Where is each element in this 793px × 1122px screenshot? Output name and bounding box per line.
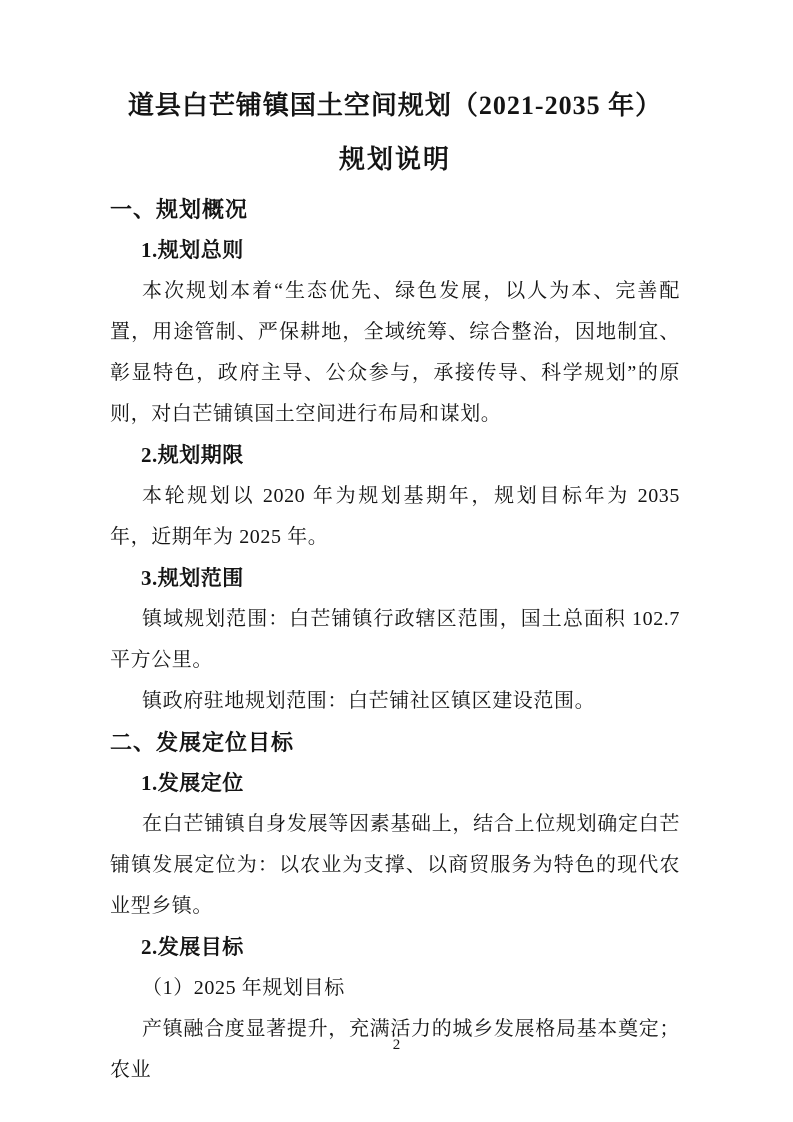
document-page: 道县白芒铺镇国土空间规划（2021-2035 年） 规划说明 一、规划概况 1.… [0,0,793,1122]
subsection-heading-development-targets: 2.发展目标 [110,927,680,968]
subsection-heading-planning-principles: 1.规划总则 [110,230,680,271]
document-body: 一、规划概况 1.规划总则 本次规划本着“生态优先、绿色发展，以人为本、完善配置… [110,189,680,1091]
paragraph-planning-principles: 本次规划本着“生态优先、绿色发展，以人为本、完善配置，用途管制、严保耕地，全域统… [110,271,680,435]
paragraph-government-seat-scope: 镇政府驻地规划范围：白芒铺社区镇区建设范围。 [110,681,680,722]
document-title: 道县白芒铺镇国土空间规划（2021-2035 年） [110,88,680,124]
paragraph-town-scope: 镇域规划范围：白芒铺镇行政辖区范围，国土总面积 102.7 平方公里。 [110,599,680,681]
paragraph-planning-period: 本轮规划以 2020 年为规划基期年，规划目标年为 2035 年，近期年为 20… [110,476,680,558]
document-subtitle: 规划说明 [110,142,680,178]
page-number: 2 [0,1036,793,1054]
subsection-heading-planning-scope: 3.规划范围 [110,558,680,599]
paragraph-development-positioning: 在白芒铺镇自身发展等因素基础上，结合上位规划确定白芒铺镇发展定位为：以农业为支撑… [110,804,680,927]
subsection-heading-planning-period: 2.规划期限 [110,435,680,476]
section-heading-development-goals: 二、发展定位目标 [110,722,680,763]
section-heading-overview: 一、规划概况 [110,189,680,230]
paragraph-2025-target-label: （1）2025 年规划目标 [110,968,680,1009]
subsection-heading-development-positioning: 1.发展定位 [110,763,680,804]
document-content: 道县白芒铺镇国土空间规划（2021-2035 年） 规划说明 一、规划概况 1.… [110,88,680,1091]
